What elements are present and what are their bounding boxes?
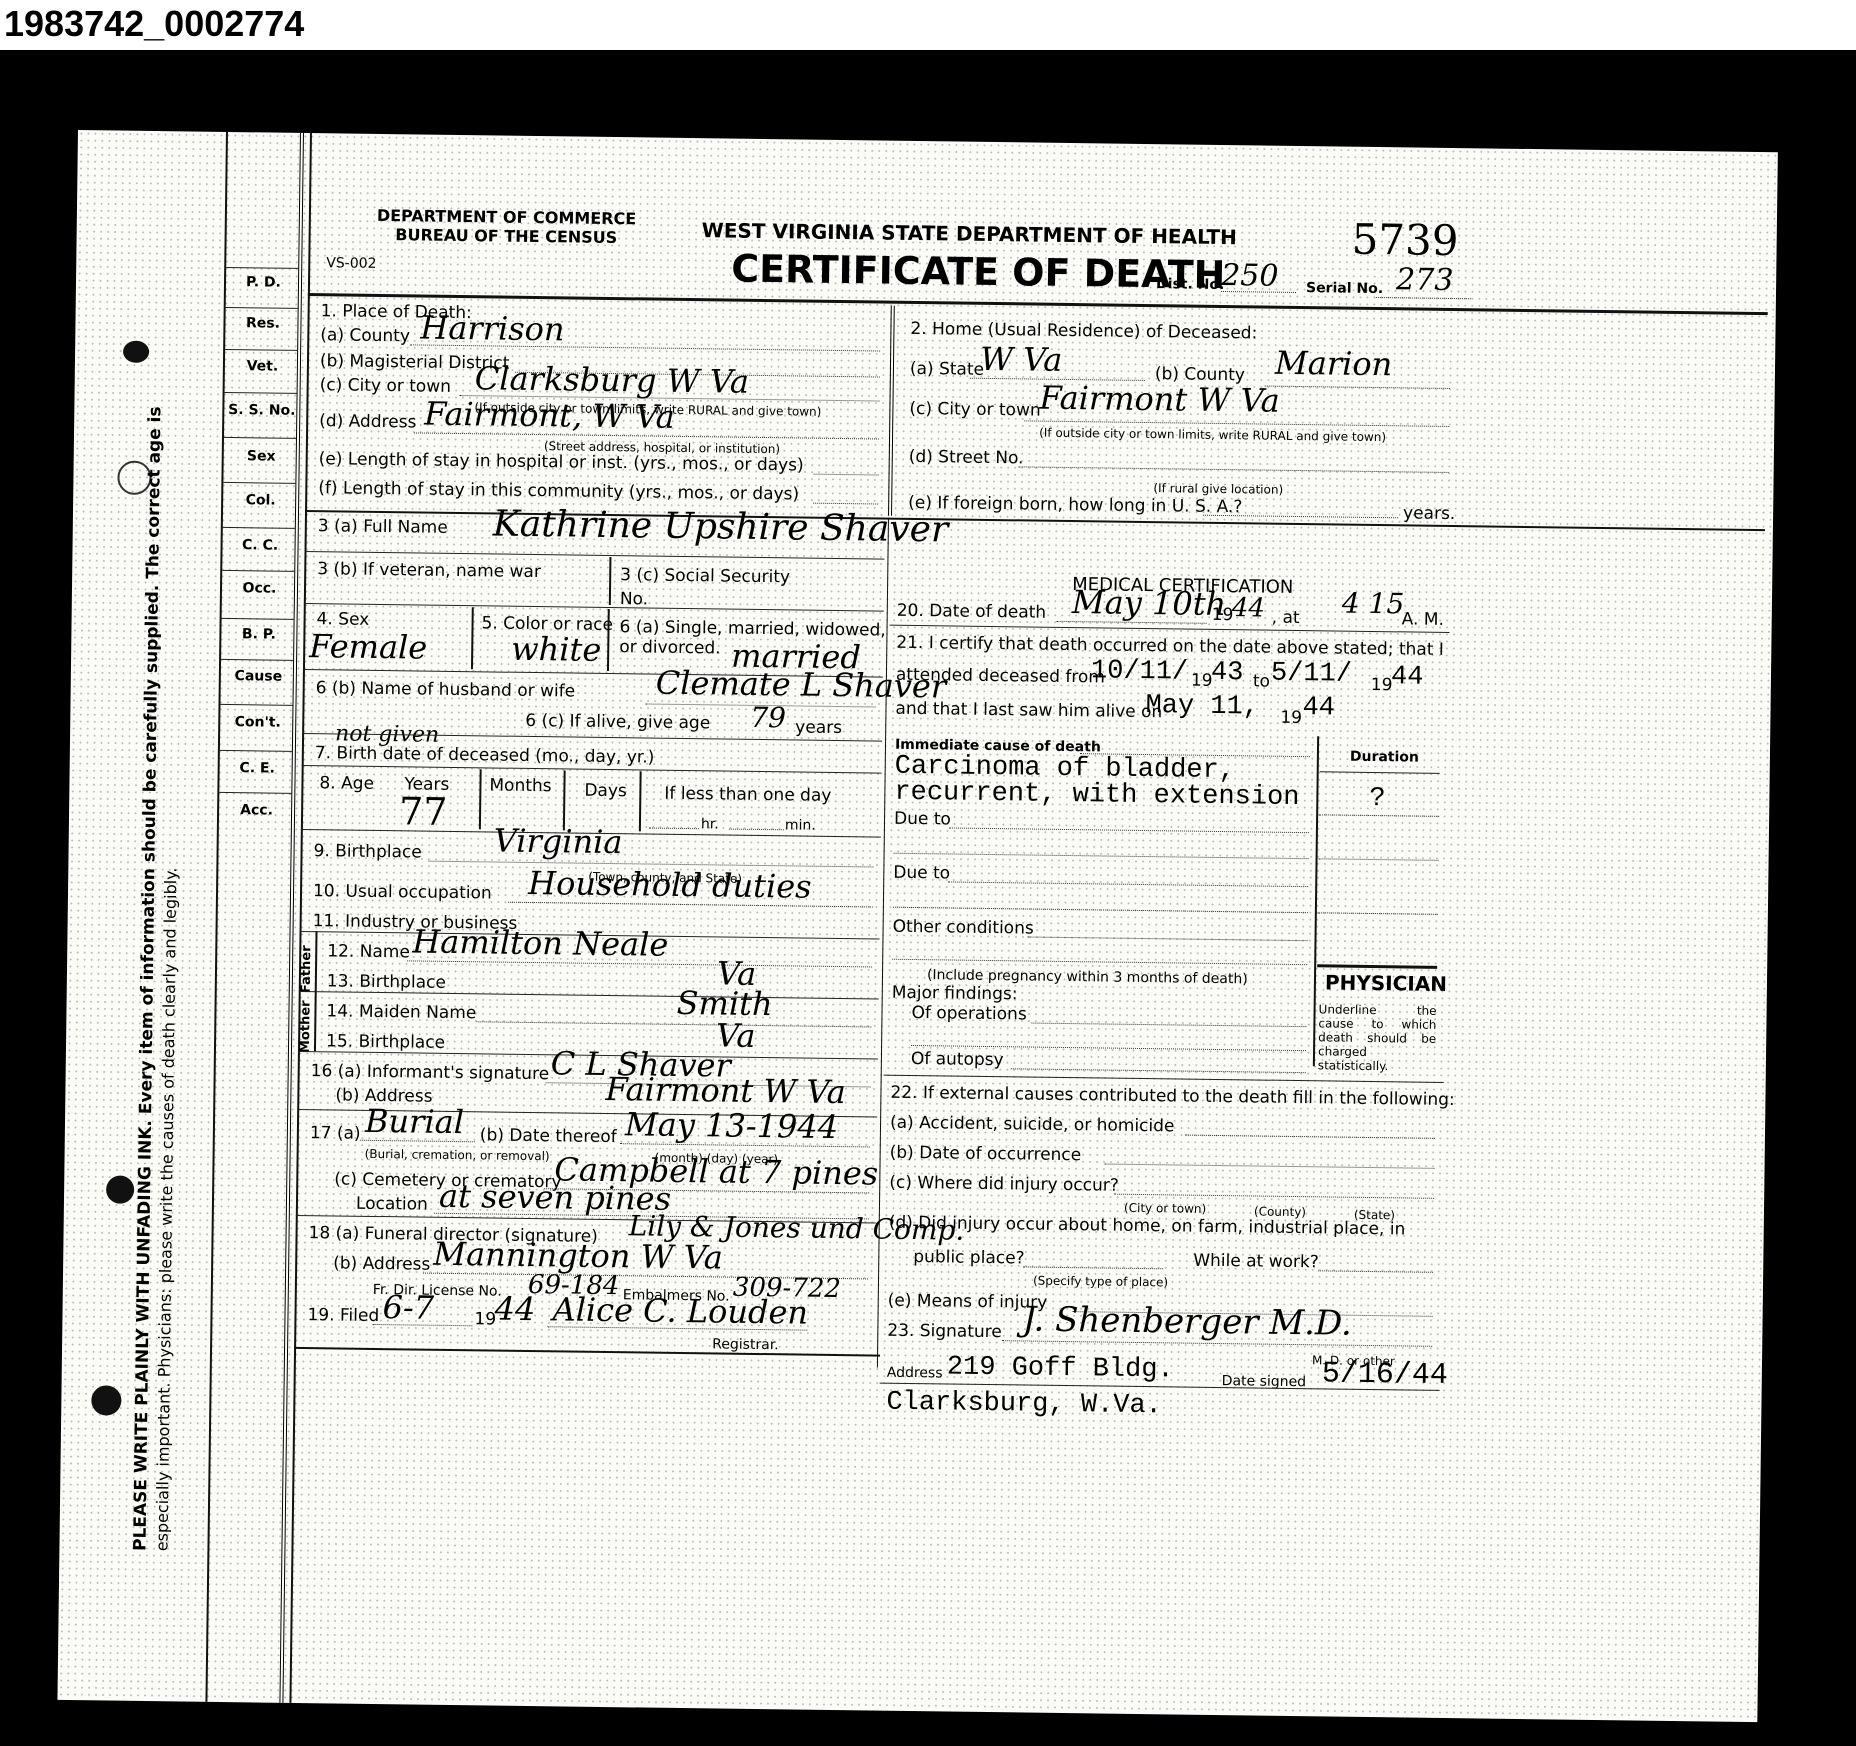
dist-number: 250: [1221, 259, 1279, 294]
margin-code: Vet.: [225, 358, 300, 375]
margin-code: P. D.: [226, 274, 301, 291]
physician-heading: PHYSICIAN: [1325, 970, 1447, 996]
certifier-signature-value: J. Shenberger M.D.: [1022, 1302, 1352, 1340]
serial-number: 273: [1396, 263, 1454, 298]
death-year-value: 44: [1232, 591, 1266, 625]
place-of-death-section: 1. Place of Death: (a) County Harrison (…: [78, 130, 1778, 152]
father-name-value: Hamilton Neale: [412, 924, 668, 961]
parents-section: Father Mother 12. Name Hamilton Neale 13…: [78, 130, 1778, 152]
duration-value: ?: [1369, 785, 1386, 813]
margin-code: C. E.: [220, 760, 295, 777]
sex-value: Female: [309, 629, 427, 665]
margin-code: Col.: [223, 492, 298, 509]
certifier-address-line1: 219 Goff Bldg.: [947, 1353, 1174, 1384]
age-years-value: 77: [399, 794, 448, 829]
dist-label: Dist. No.: [1156, 274, 1225, 295]
residence-state-value: W Va: [980, 342, 1063, 377]
margin-code: Occ.: [222, 580, 297, 597]
medical-section: MEDICAL CERTIFICATION 20. Date of death …: [78, 130, 1778, 152]
filed-date-value: 6-7: [382, 1290, 434, 1325]
disposition-date-value: May 13-1944: [625, 1107, 838, 1144]
margin-code: Acc.: [219, 802, 294, 819]
informant-section: 16 (a) Informant's signature C L Shaver …: [78, 130, 1778, 152]
certificate-number: 5739: [1351, 215, 1459, 265]
full-name-value: Kathrine Upshire Shaver: [493, 507, 949, 547]
disposition-method-value: Burial: [365, 1104, 464, 1139]
serial-label: Serial No.: [1306, 278, 1383, 299]
attended-from-year-value: 43: [1211, 659, 1244, 687]
personal-section: 3 (a) Full Name Kathrine Upshire Shaver …: [78, 130, 1778, 152]
margin-code: S. S. No.: [224, 402, 299, 419]
image-id: 1983742_0002774: [4, 4, 304, 44]
column-divider: [888, 306, 895, 516]
last-seen-year-value: 44: [1302, 694, 1335, 722]
attended-from-value: 10/11/: [1091, 657, 1189, 686]
margin-code: C. C.: [222, 537, 297, 554]
last-seen-value: May 11,: [1145, 692, 1259, 721]
death-address-value: Fairmont, W Va: [424, 397, 675, 434]
certifier-section: 23. Signature J. Shenberger M.D. M. D. o…: [78, 130, 1778, 152]
disposition-section: 17 (a) Burial (Burial, cremation, or rem…: [78, 130, 1778, 152]
mother-tag: Mother: [298, 1000, 314, 1053]
father-tag: Father: [299, 945, 315, 993]
death-certificate-sheet: PLEASE WRITE PLAINLY WITH UNFADING INK. …: [57, 130, 1777, 1722]
state-department: WEST VIRGINIA STATE DEPARTMENT OF HEALTH: [702, 220, 1237, 247]
agency-header: DEPARTMENT OF COMMERCE BUREAU OF THE CEN…: [377, 206, 637, 247]
external-causes-section: 22. If external causes contributed to th…: [78, 130, 1778, 152]
physician-note: Underline the cause to which death shoul…: [1318, 1002, 1437, 1074]
margin-code: Cause: [221, 668, 296, 685]
punch-hole-icon: [123, 341, 149, 363]
margin-code: Res.: [225, 315, 300, 332]
margin-codes: P. D. Res. Vet. S. S. No. Sex Col. C. C.…: [78, 130, 1778, 152]
birthplace-value: Virginia: [494, 824, 623, 860]
residence-section: 2. Home (Usual Residence) of Deceased: (…: [78, 130, 1778, 152]
death-city-value: Clarksburg W Va: [475, 361, 750, 399]
punch-hole-icon: [91, 1385, 121, 1415]
side-notice: PLEASE WRITE PLAINLY WITH UNFADING INK. …: [129, 406, 188, 1551]
filed-year-value: 44: [494, 1292, 535, 1327]
form-number: VS-002: [326, 253, 377, 274]
death-time-value: 4 15: [1342, 587, 1405, 622]
informant-address-value: Fairmont W Va: [605, 1072, 846, 1109]
registrar-signature-value: Alice C. Louden: [552, 1292, 808, 1329]
spouse-age-value: 79: [750, 701, 786, 735]
death-date-value: May 10th: [1072, 585, 1227, 621]
date-signed-value: 5/16/44: [1322, 1360, 1448, 1390]
certifier-address-line2: Clarksburg, W.Va.: [886, 1389, 1162, 1421]
attended-to-value: 5/11/: [1271, 660, 1352, 689]
race-value: white: [511, 632, 601, 667]
punch-hole-icon: [106, 1175, 134, 1203]
residence-city-value: Fairmont W Va: [1039, 381, 1280, 418]
residence-county-value: Marion: [1275, 346, 1393, 382]
top-label-bar: 1983742_0002774: [0, 0, 1856, 50]
margin-code: Con't.: [220, 714, 295, 731]
attended-to-year-value: 44: [1391, 663, 1424, 691]
margin-code: B. P.: [221, 626, 296, 643]
occupation-value: Household duties: [528, 866, 812, 904]
page-title: CERTIFICATE OF DEATH: [731, 247, 1226, 297]
death-county-value: Harrison: [420, 311, 565, 347]
immediate-cause-line2: recurrent, with extension: [894, 779, 1299, 812]
margin-code: Sex: [224, 448, 299, 465]
